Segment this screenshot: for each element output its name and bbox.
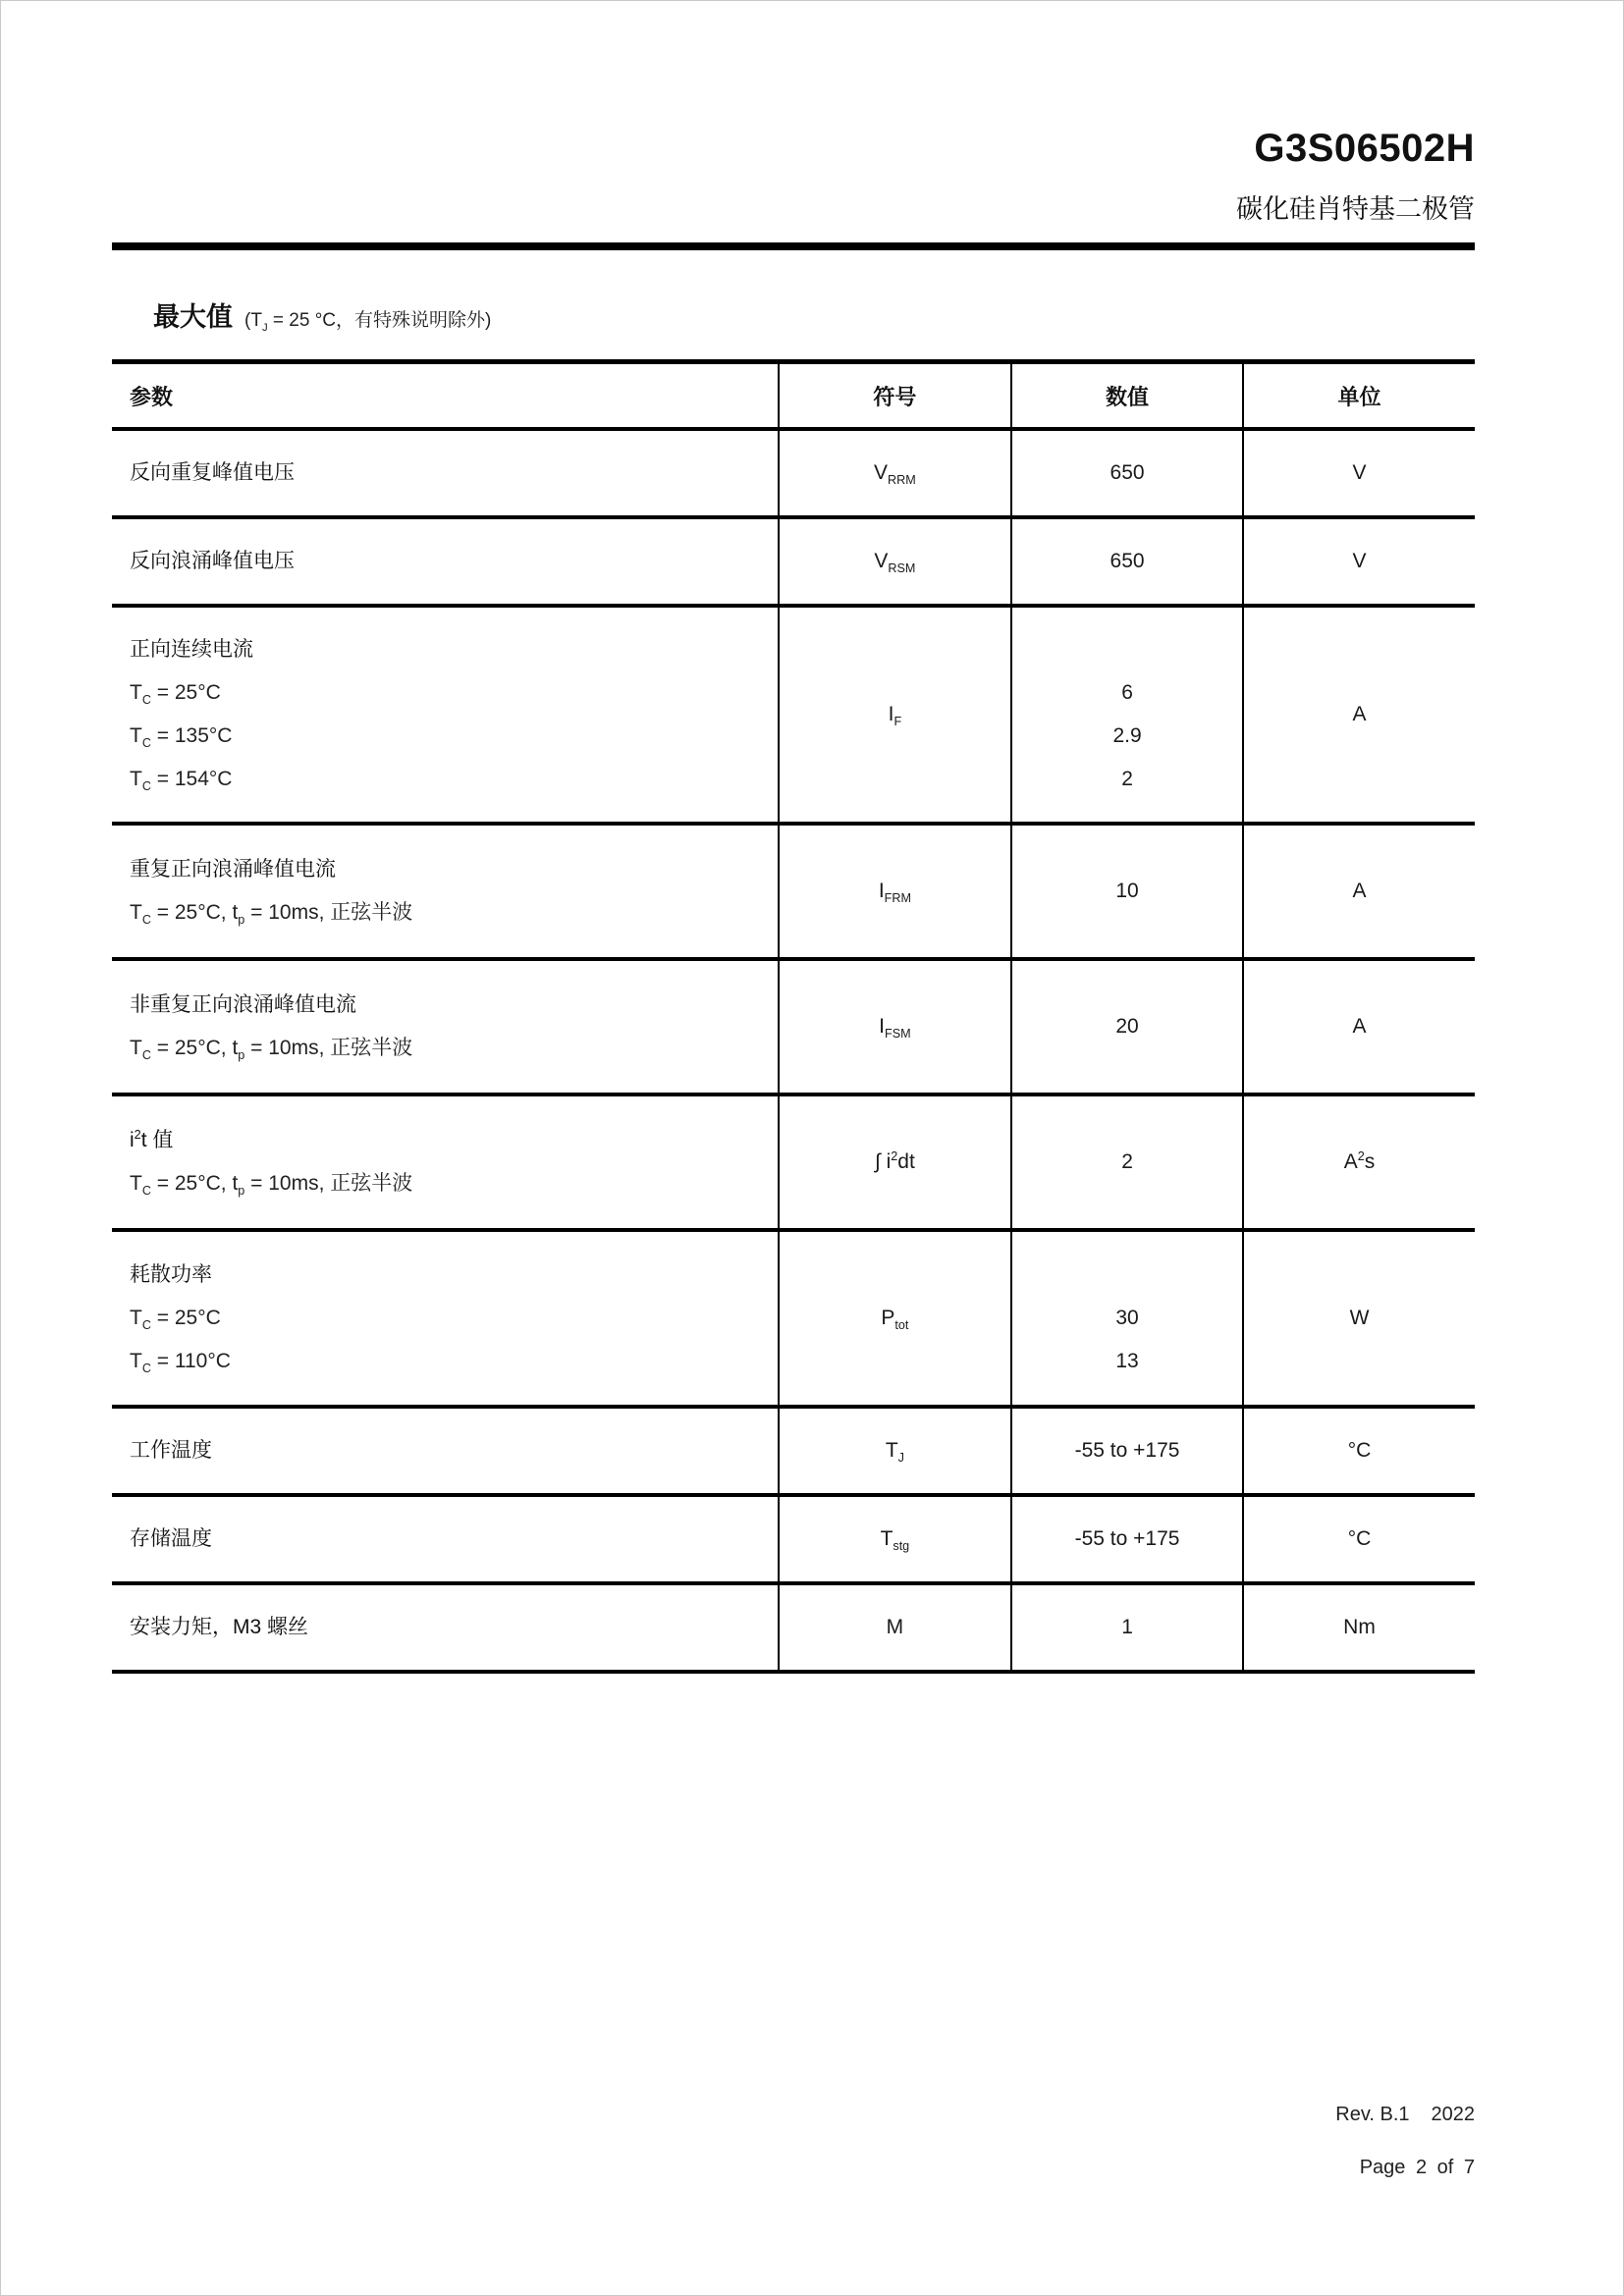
parameter-condition: TC = 110°C: [130, 1340, 778, 1383]
value-text: 650: [1012, 540, 1242, 583]
section-heading: 最大值(TJ = 25 °C，有特殊说明除外): [112, 295, 1475, 334]
parameter-cell: 工作温度: [112, 1407, 779, 1495]
unit-text: A: [1244, 693, 1475, 736]
header-rule: [112, 242, 1475, 250]
value-text: 13: [1012, 1340, 1242, 1383]
table-header-row: 参数 符号 数值 单位: [112, 362, 1475, 430]
value-text: 2: [1012, 758, 1242, 801]
table-row: 重复正向浪涌峰值电流TC = 25°C, tp = 10ms, 正弦半波IFRM…: [112, 824, 1475, 959]
parameter-cell: 正向连续电流TC = 25°CTC = 135°CTC = 154°C: [112, 606, 779, 824]
symbol-text: VRRM: [780, 452, 1010, 495]
value-cell: 3013: [1011, 1230, 1243, 1407]
parameter-name: 耗散功率: [130, 1254, 778, 1297]
parameter-cell: 非重复正向浪涌峰值电流TC = 25°C, tp = 10ms, 正弦半波: [112, 959, 779, 1095]
col-header-value: 数值: [1011, 362, 1243, 430]
parameter-name: 安装力矩，M3 螺丝: [130, 1606, 778, 1649]
symbol-text: TJ: [780, 1429, 1010, 1472]
unit-cell: A2s: [1243, 1095, 1475, 1230]
parameter-name: 反向重复峰值电压: [130, 452, 778, 495]
doc-header: G3S06502H 碳化硅肖特基二极管: [112, 1, 1475, 250]
part-number: G3S06502H: [112, 129, 1475, 168]
value-text: [1012, 628, 1242, 671]
symbol-cell: IF: [779, 606, 1011, 824]
revision-year: 2022: [1432, 2104, 1476, 2125]
parameter-cell: 耗散功率TC = 25°CTC = 110°C: [112, 1230, 779, 1407]
unit-text: W: [1244, 1297, 1475, 1340]
parameter-condition: TC = 135°C: [130, 715, 778, 758]
parameter-condition: TC = 25°C, tp = 10ms, 正弦半波: [130, 1162, 778, 1205]
unit-text: A2s: [1244, 1141, 1475, 1184]
part-subtitle: 碳化硅肖特基二极管: [112, 193, 1475, 225]
table-row: i2t 值TC = 25°C, tp = 10ms, 正弦半波∫ i2dt2A2…: [112, 1095, 1475, 1230]
parameter-name: i2t 值: [130, 1119, 778, 1162]
unit-cell: W: [1243, 1230, 1475, 1407]
symbol-text: VRSM: [780, 540, 1010, 583]
symbol-text: IFRM: [780, 870, 1010, 913]
unit-cell: Nm: [1243, 1583, 1475, 1672]
parameter-condition: TC = 25°C: [130, 671, 778, 715]
unit-text: °C: [1244, 1518, 1475, 1561]
unit-text: V: [1244, 540, 1475, 583]
unit-cell: A: [1243, 824, 1475, 959]
parameter-cell: 反向重复峰值电压: [112, 429, 779, 517]
parameter-condition: TC = 25°C, tp = 10ms, 正弦半波: [130, 891, 778, 934]
parameter-cell: 存储温度: [112, 1495, 779, 1583]
symbol-cell: M: [779, 1583, 1011, 1672]
unit-cell: A: [1243, 959, 1475, 1095]
symbol-cell: VRRM: [779, 429, 1011, 517]
max-ratings-table: 参数 符号 数值 单位 反向重复峰值电压VRRM650V反向浪涌峰值电压VRSM…: [112, 359, 1475, 1674]
value-text: -55 to +175: [1012, 1429, 1242, 1472]
page-number: Page 2 of 7: [1360, 2157, 1475, 2179]
parameter-cell: i2t 值TC = 25°C, tp = 10ms, 正弦半波: [112, 1095, 779, 1230]
value-text: -55 to +175: [1012, 1518, 1242, 1561]
table-row: 存储温度Tstg-55 to +175°C: [112, 1495, 1475, 1583]
value-cell: 2: [1011, 1095, 1243, 1230]
unit-text: V: [1244, 452, 1475, 495]
col-header-symbol: 符号: [779, 362, 1011, 430]
symbol-cell: Ptot: [779, 1230, 1011, 1407]
value-text: 20: [1012, 1005, 1242, 1048]
parameter-condition: TC = 154°C: [130, 758, 778, 801]
symbol-cell: VRSM: [779, 517, 1011, 606]
section-title: 最大值: [153, 302, 233, 332]
value-text: 2.9: [1012, 715, 1242, 758]
table-row: 非重复正向浪涌峰值电流TC = 25°C, tp = 10ms, 正弦半波IFS…: [112, 959, 1475, 1095]
symbol-cell: ∫ i2dt: [779, 1095, 1011, 1230]
value-text: 650: [1012, 452, 1242, 495]
table-row: 正向连续电流TC = 25°CTC = 135°CTC = 154°CIF62.…: [112, 606, 1475, 824]
unit-text: Nm: [1244, 1606, 1475, 1649]
symbol-text: IF: [780, 693, 1010, 736]
unit-text: A: [1244, 1005, 1475, 1048]
value-text: 2: [1012, 1141, 1242, 1184]
unit-cell: °C: [1243, 1495, 1475, 1583]
revision-label: Rev. B.1: [1335, 2104, 1409, 2125]
unit-text: °C: [1244, 1429, 1475, 1472]
value-text: 10: [1012, 870, 1242, 913]
unit-cell: V: [1243, 517, 1475, 606]
value-cell: -55 to +175: [1011, 1495, 1243, 1583]
value-cell: -55 to +175: [1011, 1407, 1243, 1495]
table-row: 安装力矩，M3 螺丝M1Nm: [112, 1583, 1475, 1672]
value-cell: 650: [1011, 429, 1243, 517]
table-row: 工作温度TJ-55 to +175°C: [112, 1407, 1475, 1495]
col-header-parameter: 参数: [112, 362, 779, 430]
parameter-name: 正向连续电流: [130, 628, 778, 671]
symbol-cell: Tstg: [779, 1495, 1011, 1583]
parameter-name: 工作温度: [130, 1429, 778, 1472]
table-body: 反向重复峰值电压VRRM650V反向浪涌峰值电压VRSM650V正向连续电流TC…: [112, 429, 1475, 1672]
parameter-name: 反向浪涌峰值电压: [130, 540, 778, 583]
symbol-cell: IFRM: [779, 824, 1011, 959]
symbol-text: IFSM: [780, 1005, 1010, 1048]
value-text: [1012, 1254, 1242, 1297]
section-note: (TJ = 25 °C，有特殊说明除外): [244, 310, 491, 331]
page-content: G3S06502H 碳化硅肖特基二极管 最大值(TJ = 25 °C，有特殊说明…: [1, 1, 1623, 1674]
value-cell: 1: [1011, 1583, 1243, 1672]
unit-cell: A: [1243, 606, 1475, 824]
symbol-text: ∫ i2dt: [780, 1141, 1010, 1184]
table-row: 反向浪涌峰值电压VRSM650V: [112, 517, 1475, 606]
parameter-name: 存储温度: [130, 1518, 778, 1561]
parameter-condition: TC = 25°C, tp = 10ms, 正弦半波: [130, 1027, 778, 1070]
table-row: 反向重复峰值电压VRRM650V: [112, 429, 1475, 517]
parameter-cell: 反向浪涌峰值电压: [112, 517, 779, 606]
parameter-condition: TC = 25°C: [130, 1297, 778, 1340]
value-cell: 62.92: [1011, 606, 1243, 824]
parameter-name: 非重复正向浪涌峰值电流: [130, 984, 778, 1027]
symbol-cell: TJ: [779, 1407, 1011, 1495]
value-text: 6: [1012, 671, 1242, 715]
value-text: 30: [1012, 1297, 1242, 1340]
parameter-cell: 安装力矩，M3 螺丝: [112, 1583, 779, 1672]
value-cell: 10: [1011, 824, 1243, 959]
datasheet-page: G3S06502H 碳化硅肖特基二极管 最大值(TJ = 25 °C，有特殊说明…: [0, 0, 1624, 2296]
parameter-name: 重复正向浪涌峰值电流: [130, 848, 778, 891]
value-cell: 20: [1011, 959, 1243, 1095]
parameter-cell: 重复正向浪涌峰值电流TC = 25°C, tp = 10ms, 正弦半波: [112, 824, 779, 959]
unit-text: A: [1244, 870, 1475, 913]
symbol-text: M: [780, 1606, 1010, 1649]
table-row: 耗散功率TC = 25°CTC = 110°CPtot3013W: [112, 1230, 1475, 1407]
revision-line: Rev. B.12022: [1335, 2104, 1475, 2126]
value-text: 1: [1012, 1606, 1242, 1649]
symbol-cell: IFSM: [779, 959, 1011, 1095]
symbol-text: Ptot: [780, 1297, 1010, 1340]
unit-cell: °C: [1243, 1407, 1475, 1495]
symbol-text: Tstg: [780, 1518, 1010, 1561]
unit-cell: V: [1243, 429, 1475, 517]
value-cell: 650: [1011, 517, 1243, 606]
col-header-unit: 单位: [1243, 362, 1475, 430]
